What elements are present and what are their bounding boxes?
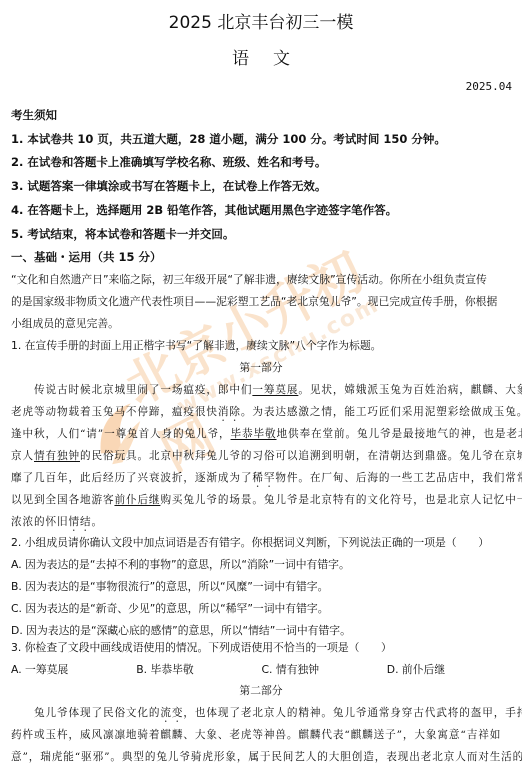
- underlined-idiom: 情有独钟: [34, 450, 80, 462]
- question-2: 2. 小组成员请你确认文段中加点词语是否有错字。你根据词义判断，下列说法正确的一…: [11, 536, 512, 550]
- underlined-idiom: 前仆后继: [114, 494, 160, 506]
- passage-line: 老虎等动物载着玉兔马不停蹄，瘟疫很快消除。为表达感激之情，能工巧匠们采用泥塑彩绘…: [11, 405, 512, 424]
- notice-item: 3. 试题答案一律填涂或书写在答题卡上，在试卷上作答无效。: [11, 179, 512, 193]
- q3-option-b: B. 毕恭毕敬: [136, 663, 261, 677]
- watermark-url: www.xschu.com: [173, 292, 383, 420]
- intro-line: 小组成员的意见完善。: [11, 317, 512, 331]
- passage-line: 京人情有独钟的民俗玩具。北京中秋拜兔儿爷的习俗可以追溯到明朝，在清朝达到鼎盛。兔…: [11, 449, 512, 463]
- section-heading: 一、基础・运用（共 15 分）: [11, 250, 512, 264]
- q2-option-c: C. 因为表达的是“新奇、少见”的意思，所以“稀罕”一词中有错字。: [11, 602, 512, 616]
- question-1: 1. 在宣传手册的封面上用正楷字书写“了解非遗，赓续文脉”八个字作为标题。: [11, 339, 512, 353]
- exam-subject: 语文: [0, 44, 522, 69]
- q3-option-a: A. 一筹莫展: [11, 663, 136, 677]
- intro-line: 的是国家级非物质文化遗产代表性项目——泥彩塑工艺品“老北京兔儿爷”。现已完成宣传…: [11, 295, 512, 309]
- q3-option-d: D. 前仆后继: [387, 663, 512, 677]
- passage-line: 逢中秋，人们“请”一尊兔首人身的兔儿爷，毕恭毕敬地供奉在堂前。兔儿爷是最接地气的…: [11, 427, 512, 441]
- underlined-idiom: 毕恭毕敬: [231, 428, 277, 440]
- passage-line: 意”，瑞虎能“驱邪”。典型的兔儿爷骑虎形象，属于民间艺人的大胆创造，表现出老北京…: [11, 750, 512, 764]
- intro-line: “文化和自然遗产日”来临之际，初三年级开展“了解非遗，赓续文脉”宣传活动。你所在…: [11, 273, 512, 287]
- notice-item: 4. 在答题卡上，选择题用 2B 铅笔作答，其他试题用黑色字迹签字笔作答。: [11, 203, 512, 217]
- q3-option-c: C. 情有独钟: [262, 663, 387, 677]
- dotted-word: 消除: [218, 406, 241, 418]
- dotted-word: 稀罕: [252, 472, 275, 484]
- exam-title: 2025 北京丰台初三一模: [0, 8, 522, 33]
- notice-item: 1. 本试卷共 10 页，共五道大题，28 道小题，满分 100 分。考试时间 …: [11, 132, 512, 146]
- question-3: 3. 你检查了文段中画线成语使用的情况。下列成语使用不恰当的一项是（ ）: [11, 641, 512, 655]
- passage-line: 药杵或玉杵，威风凛凛地骑着麒麟、大象、老虎等神兽。麒麟代表“麒麟送子”，大象寓意…: [11, 728, 512, 742]
- passage-line: 靡了几百年，此后经历了兴衰波折，逐渐成为了稀罕物件。在厂甸、后海的一些工艺品店中…: [11, 471, 512, 490]
- notice-heading: 考生须知: [11, 108, 512, 122]
- notice-item: 2. 在试卷和答题卡上准确填写学校名称、班级、姓名和考号。: [11, 155, 512, 169]
- q2-option-b: B. 因为表达的是“事物很流行”的意思，所以“风糜”一词中有错字。: [11, 580, 512, 594]
- exam-page: 北京小升初网 www.xschu.com 2025 北京丰台初三一模 语文 20…: [0, 0, 522, 774]
- q2-option-d: D. 因为表达的是“深藏心底的感情”的意思，所以“情结”一词中有错字。: [11, 624, 512, 638]
- dotted-word: 流变: [160, 707, 183, 719]
- exam-date: 2025.04: [466, 80, 512, 93]
- q3-options: A. 一筹莫展 B. 毕恭毕敬 C. 情有独钟 D. 前仆后继: [11, 663, 512, 677]
- underlined-idiom: 一筹莫展: [252, 384, 298, 396]
- passage-line: 以见到全国各地游客前仆后继购买兔儿爷的场景。兔儿爷是北京特有的文化符号，也是北京…: [11, 493, 512, 507]
- q2-option-a: A. 因为表达的是“去掉不利的事物”的意思，所以“消除”一词中有错字。: [11, 558, 512, 572]
- passage-line: 传说古时候北京城里闹了一场瘟疫，郎中们一筹莫展。见状，嫦娥派玉兔为百姓治病，麒麟…: [11, 383, 512, 397]
- part1-title: 第一部分: [0, 361, 522, 375]
- notice-item: 5. 考试结束，将本试卷和答题卡一并交回。: [11, 227, 512, 241]
- part2-title: 第二部分: [0, 684, 522, 698]
- dotted-word: 情结: [68, 516, 91, 528]
- passage-line: 浓浓的怀旧情结。: [11, 515, 512, 534]
- passage-line: 兔儿爷体现了民俗文化的流变，也体现了老北京人的精神。兔儿爷通常身穿古代武将的盔甲…: [11, 706, 512, 725]
- watermark-text: 北京小升初网: [109, 226, 418, 485]
